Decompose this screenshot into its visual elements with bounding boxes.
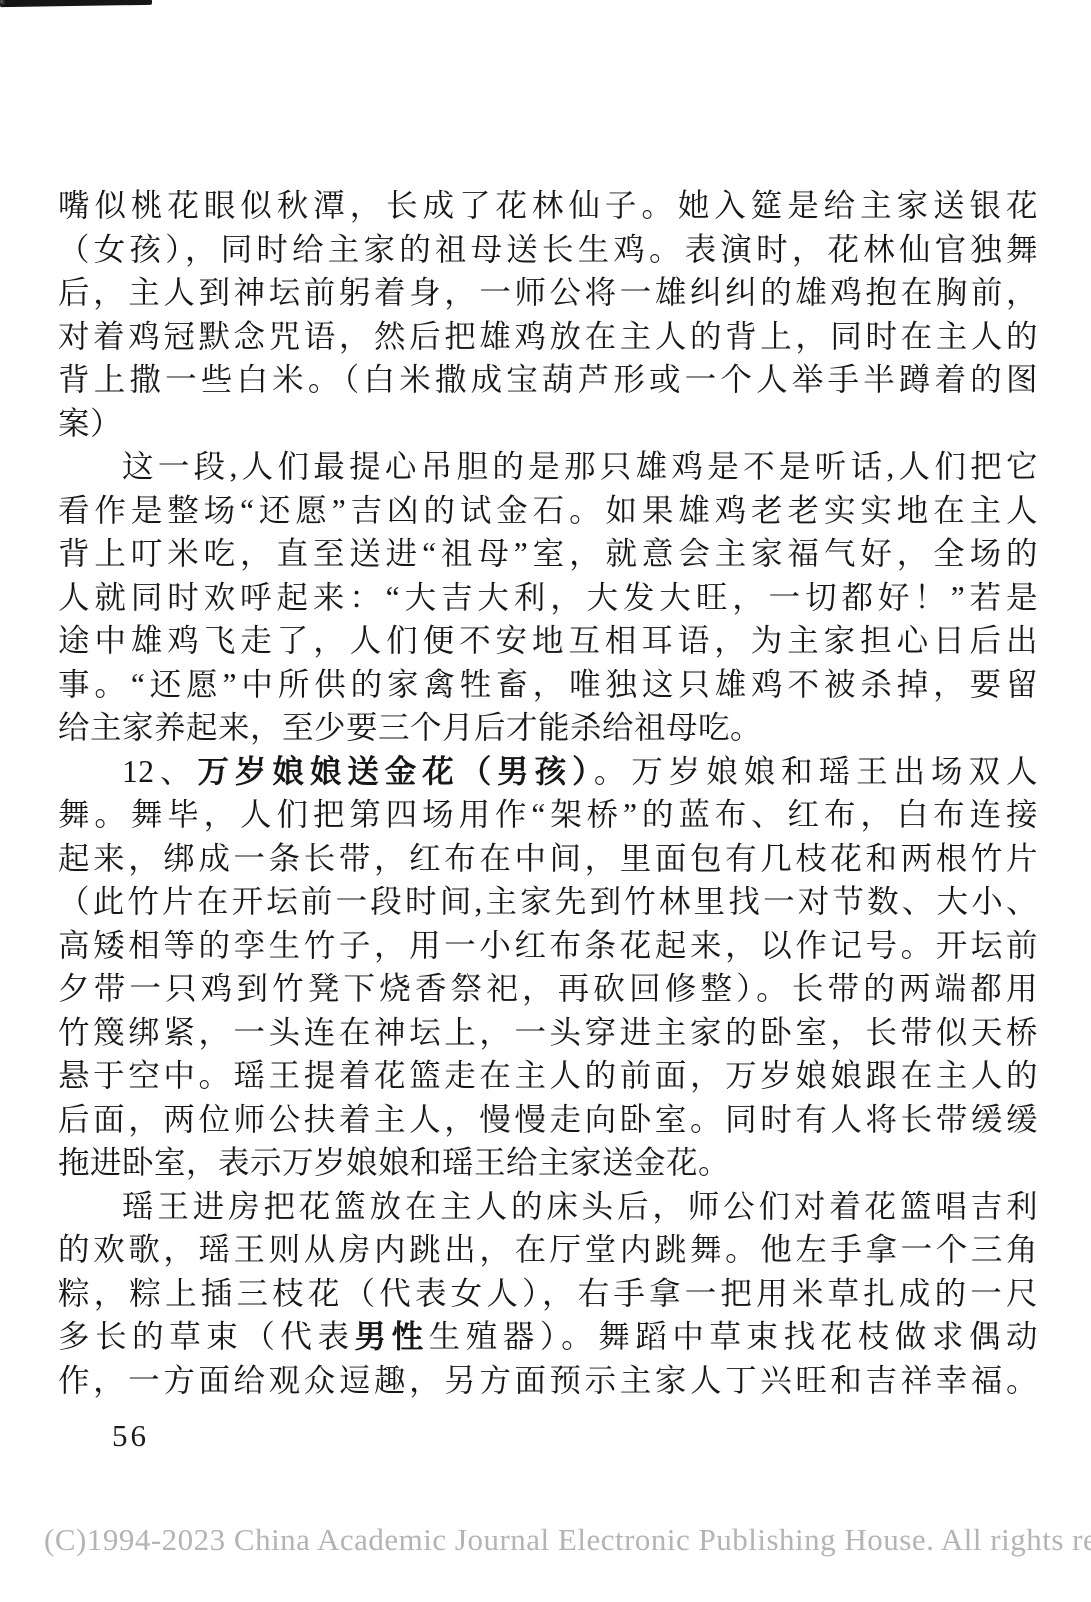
- text-segment: （女孩），同时给主家的祖母送长生鸡。表演时，花林仙官独舞: [58, 232, 1038, 267]
- text-segment: 粽，粽上插三枝花（代表女人），右手拿一把用米草扎成的一尺: [58, 1276, 1038, 1311]
- text-segment: 作，一方面给观众逗趣，另方面预示主家人丁兴旺和吉祥幸福。: [58, 1363, 1038, 1398]
- text-segment: 瑶王进房把花篮放在主人的床头后，师公们对着花篮唱吉利: [122, 1189, 1038, 1224]
- text-segment: 背上叮米吃，直至送进“祖母”室，就意会主家福气好，全场的: [58, 536, 1038, 571]
- text-line: 嘴似桃花眼似秋潭，长成了花林仙子。她入筵是给主家送银花: [58, 184, 1038, 228]
- text-line: 舞。舞毕，人们把第四场用作“架桥”的蓝布、红布，白布连接: [58, 793, 1038, 837]
- text-segment: 嘴似桃花眼似秋潭，长成了花林仙子。她入筵是给主家送银花: [58, 188, 1038, 223]
- text-segment: 看作是整场“还愿”吉凶的试金石。如果雄鸡老老实实地在主人: [58, 493, 1038, 528]
- text-block: 嘴似桃花眼似秋潭，长成了花林仙子。她入筵是给主家送银花（女孩），同时给主家的祖母…: [58, 184, 1038, 1402]
- scan-artifact-dot: [0, 0, 3, 3]
- text-line: （女孩），同时给主家的祖母送长生鸡。表演时，花林仙官独舞: [58, 228, 1038, 272]
- text-line: 看作是整场“还愿”吉凶的试金石。如果雄鸡老老实实地在主人: [58, 489, 1038, 533]
- text-segment: 12、: [122, 754, 197, 789]
- text-segment: （此竹片在开坛前一段时间,主家先到竹林里找一对节数、大小、: [58, 884, 1038, 919]
- text-segment: 的欢歌，瑶王则从房内跳出，在厅堂内跳舞。他左手拿一个三角: [58, 1232, 1038, 1267]
- text-line: 途中雄鸡飞走了，人们便不安地互相耳语，为主家担心日后出: [58, 619, 1038, 663]
- text-segment: 竹篾绑紧，一头连在神坛上，一头穿进主家的卧室，长带似天桥: [58, 1015, 1038, 1050]
- page-number: 56: [112, 1418, 149, 1454]
- text-line: 起来，绑成一条长带，红布在中间，里面包有几枝花和两根竹片: [58, 837, 1038, 881]
- text-segment: 对着鸡冠默念咒语，然后把雄鸡放在主人的背上，同时在主人的: [58, 319, 1038, 354]
- text-line: 高矮相等的孪生竹子，用一小红布条花起来，以作记号。开坛前: [58, 924, 1038, 968]
- text-line: 夕带一只鸡到竹凳下烧香祭祀，再砍回修整）。长带的两端都用: [58, 967, 1038, 1011]
- text-segment: 背上撒一些白米。（白米撒成宝葫芦形或一个人举手半蹲着的图: [58, 362, 1038, 397]
- text-line: 竹篾绑紧，一头连在神坛上，一头穿进主家的卧室，长带似天桥: [58, 1011, 1038, 1055]
- text-line: 背上撒一些白米。（白米撒成宝葫芦形或一个人举手半蹲着的图: [58, 358, 1038, 402]
- text-line: 背上叮米吃，直至送进“祖母”室，就意会主家福气好，全场的: [58, 532, 1038, 576]
- text-segment: 夕带一只鸡到竹凳下烧香祭祀，再砍回修整）。长带的两端都用: [58, 971, 1038, 1006]
- text-segment: 。万岁娘娘和瑶王出场双人: [594, 754, 1038, 789]
- text-segment: 途中雄鸡飞走了，人们便不安地互相耳语，为主家担心日后出: [58, 623, 1038, 658]
- text-segment: 后面，两位师公扶着主人，慢慢走向卧室。同时有人将长带缓缓: [58, 1102, 1038, 1137]
- text-segment-bold: 男性: [355, 1319, 429, 1354]
- text-line: 事。“还愿”中所供的家禽牲畜，唯独这只雄鸡不被杀掉，要留: [58, 663, 1038, 707]
- text-line: 粽，粽上插三枝花（代表女人），右手拿一把用米草扎成的一尺: [58, 1272, 1038, 1316]
- text-segment: 起来，绑成一条长带，红布在中间，里面包有几枝花和两根竹片: [58, 841, 1038, 876]
- text-line: 给主家养起来，至少要三个月后才能杀给祖母吃。: [58, 706, 1038, 750]
- text-line: 后，主人到神坛前躬着身，一师公将一雄纠纠的雄鸡抱在胸前，: [58, 271, 1038, 315]
- text-segment: 悬于空中。瑶王提着花篮走在主人的前面，万岁娘娘跟在主人的: [58, 1058, 1038, 1093]
- text-segment: 高矮相等的孪生竹子，用一小红布条花起来，以作记号。开坛前: [58, 928, 1038, 963]
- text-line: 12、万岁娘娘送金花（男孩）。万岁娘娘和瑶王出场双人: [58, 750, 1038, 794]
- text-segment: 生殖器）。舞蹈中草束找花枝做求偶动: [429, 1319, 1038, 1354]
- text-line: 的欢歌，瑶王则从房内跳出，在厅堂内跳舞。他左手拿一个三角: [58, 1228, 1038, 1272]
- copyright-footer: (C)1994-2023 China Academic Journal Elec…: [44, 1522, 1091, 1558]
- text-segment: 舞。舞毕，人们把第四场用作“架桥”的蓝布、红布，白布连接: [58, 797, 1038, 832]
- text-line: 作，一方面给观众逗趣，另方面预示主家人丁兴旺和吉祥幸福。: [58, 1359, 1038, 1403]
- text-line: 多长的草束（代表男性生殖器）。舞蹈中草束找花枝做求偶动: [58, 1315, 1038, 1359]
- text-segment: 拖进卧室，表示万岁娘娘和瑶王给主家送金花。: [58, 1145, 730, 1180]
- text-segment: 后，主人到神坛前躬着身，一师公将一雄纠纠的雄鸡抱在胸前，: [58, 275, 1038, 310]
- text-line: 悬于空中。瑶王提着花篮走在主人的前面，万岁娘娘跟在主人的: [58, 1054, 1038, 1098]
- text-line: 后面，两位师公扶着主人，慢慢走向卧室。同时有人将长带缓缓: [58, 1098, 1038, 1142]
- text-segment: 案）: [58, 406, 122, 441]
- scanned-document-page: 嘴似桃花眼似秋潭，长成了花林仙子。她入筵是给主家送银花（女孩），同时给主家的祖母…: [0, 0, 1091, 1602]
- text-segment-bold: 万岁娘娘送金花（男孩）: [197, 754, 593, 789]
- text-segment: 多长的草束（代表: [58, 1319, 355, 1354]
- text-line: 瑶王进房把花篮放在主人的床头后，师公们对着花篮唱吉利: [58, 1185, 1038, 1229]
- text-line: （此竹片在开坛前一段时间,主家先到竹林里找一对节数、大小、: [58, 880, 1038, 924]
- text-line: 人就同时欢呼起来：“大吉大利，大发大旺，一切都好！”若是: [58, 576, 1038, 620]
- text-segment: 这一段,人们最提心吊胆的是那只雄鸡是不是听话,人们把它: [122, 449, 1038, 484]
- text-segment: 人就同时欢呼起来：“大吉大利，大发大旺，一切都好！”若是: [58, 580, 1038, 615]
- text-segment: 给主家养起来，至少要三个月后才能杀给祖母吃。: [58, 710, 762, 745]
- text-line: 对着鸡冠默念咒语，然后把雄鸡放在主人的背上，同时在主人的: [58, 315, 1038, 359]
- text-line: 这一段,人们最提心吊胆的是那只雄鸡是不是听话,人们把它: [58, 445, 1038, 489]
- text-segment: 事。“还愿”中所供的家禽牲畜，唯独这只雄鸡不被杀掉，要留: [58, 667, 1038, 702]
- text-line: 案）: [58, 402, 1038, 446]
- text-line: 拖进卧室，表示万岁娘娘和瑶王给主家送金花。: [58, 1141, 1038, 1185]
